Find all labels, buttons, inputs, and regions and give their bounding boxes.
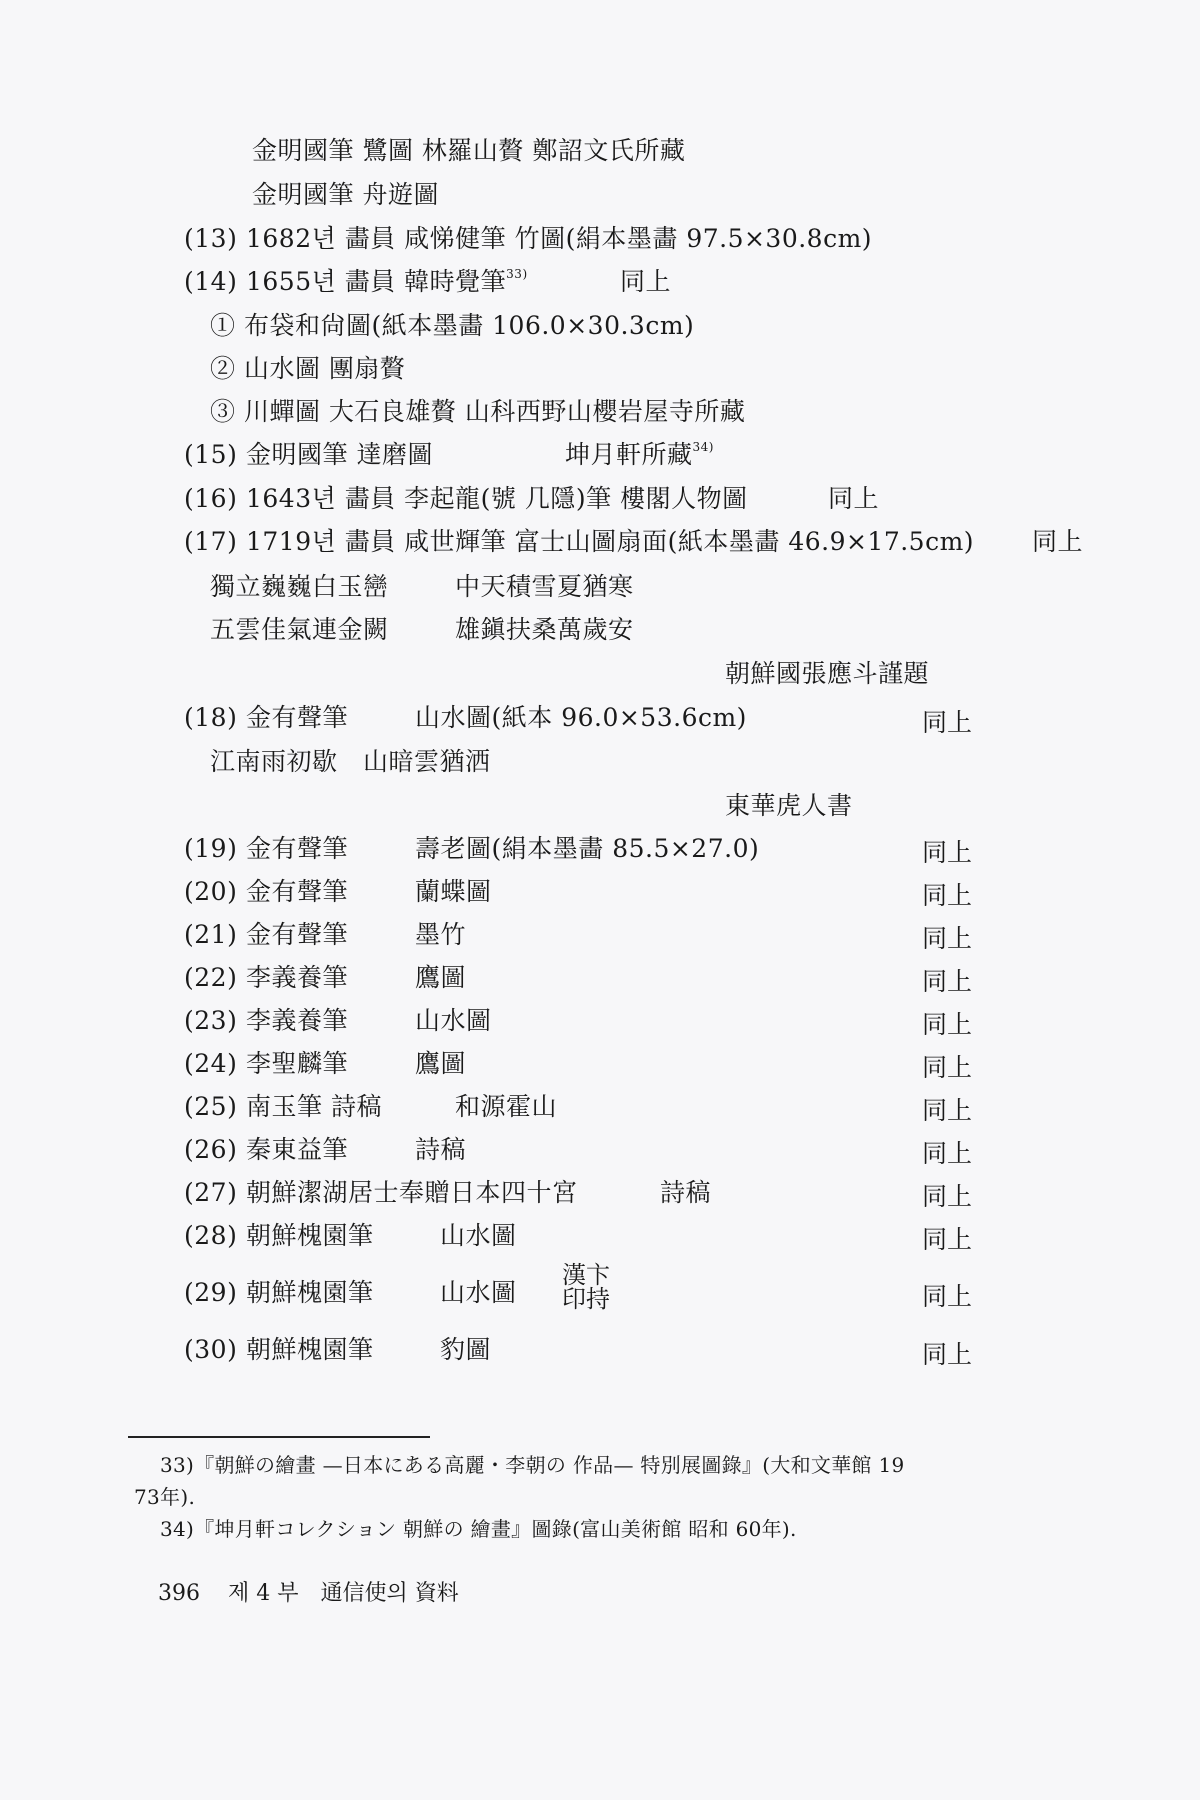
entry-number: (17) — [184, 527, 246, 557]
entry-number: (20) — [184, 877, 246, 907]
list-item-23: (23)李義養筆 — [184, 1006, 348, 1036]
intro-line: 金明國筆 舟遊圖 — [252, 180, 439, 210]
entry-number: (13) — [184, 224, 246, 254]
entry-work: 豹圖 — [440, 1335, 491, 1365]
entry-text: 1682년 畵員 咸悌健筆 竹圖(絹本墨畵 97.5×30.8cm) — [246, 224, 872, 253]
entry-18-holder: 同上 — [922, 708, 972, 738]
entry-work: 壽老圖(絹本墨畵 85.5×27.0) — [415, 834, 759, 864]
poem-signature: 東華虎人書 — [725, 791, 853, 821]
entry-work: 墨竹 — [415, 920, 466, 950]
entry-artist: 金有聲筆 — [246, 703, 348, 732]
entry-number: (14) — [184, 267, 246, 297]
entry-14-sub-3: ③ 川蟬圖 大石良雄贅 山科西野山櫻岩屋寺所藏 — [210, 397, 745, 427]
entry-work: 蘭蝶圖 — [415, 877, 492, 907]
entry-artist: 朝鮮潔湖居士奉贈日本四十宮 — [246, 1178, 578, 1207]
page-footer: 396제 4 부 通信使의 資料 — [158, 1580, 459, 1608]
entry-number: (18) — [184, 703, 246, 733]
entry-work: 山水圖 — [440, 1221, 517, 1251]
poem-line: 江南雨初歇 山暗雲猶洒 — [210, 747, 491, 777]
document-page: 金明國筆 鷺圖 林羅山贅 鄭詔文氏所藏 金明國筆 舟遊圖 (13)1682년 畵… — [0, 0, 1200, 1800]
entry-15: (15)金明國筆 達磨圖 — [184, 440, 433, 470]
entry-18-work: 山水圖(紙本 96.0×53.6cm) — [415, 703, 747, 733]
footnote-33-cont: 73年). — [134, 1484, 195, 1510]
entry-number: (30) — [184, 1335, 246, 1365]
entry-18: (18)金有聲筆 — [184, 703, 348, 733]
entry-14-sub-1: ① 布袋和尙圖(紙本墨畵 106.0×30.3cm) — [210, 311, 694, 341]
entry-14-sub-2: ② 山水圖 團扇贅 — [210, 354, 405, 384]
entry-holder: 同上 — [922, 881, 972, 911]
list-item-21: (21)金有聲筆 — [184, 920, 348, 950]
entry-artist: 朝鮮槐園筆 — [246, 1335, 374, 1364]
entry-work: 山水圖 — [415, 1006, 492, 1036]
entry-number: (28) — [184, 1221, 246, 1251]
poem-line-a: 五雲佳氣連金闕 — [210, 615, 389, 645]
entry-holder: 同上 — [922, 1182, 972, 1212]
entry-artist: 朝鮮槐園筆 — [246, 1278, 374, 1307]
holder-text: 坤月軒所藏 — [565, 440, 693, 469]
entry-artist: 李義養筆 — [246, 963, 348, 992]
entry-number: (19) — [184, 834, 246, 864]
entry-number: (29) — [184, 1278, 246, 1308]
list-item-27: (27)朝鮮潔湖居士奉贈日本四十宮 — [184, 1178, 578, 1208]
entry-holder: 同上 — [922, 1139, 972, 1169]
poem-signature: 朝鮮國張應斗謹題 — [725, 659, 929, 689]
entry-work: 鷹圖 — [415, 963, 466, 993]
entry-15-holder: 坤月軒所藏34) — [565, 440, 714, 470]
list-item-19: (19)金有聲筆 — [184, 834, 348, 864]
page-number: 396 — [158, 1580, 228, 1608]
intro-line: 金明國筆 鷺圖 林羅山贅 鄭詔文氏所藏 — [252, 136, 685, 166]
entry-17: (17)1719년 畵員 咸世輝筆 富士山圖扇面(紙本墨畵 46.9×17.5c… — [184, 527, 974, 557]
list-item-28: (28)朝鮮槐園筆 — [184, 1221, 374, 1251]
entry-number: (21) — [184, 920, 246, 950]
entry-number: (24) — [184, 1049, 246, 1079]
entry-14: (14)1655년 畵員 韓時覺筆33) — [184, 267, 528, 297]
entry-artist: 金有聲筆 — [246, 877, 348, 906]
entry-work: 和源霍山 — [455, 1092, 557, 1122]
entry-text: 1719년 畵員 咸世輝筆 富士山圖扇面(紙本墨畵 46.9×17.5cm) — [246, 527, 974, 556]
entry-artist: 金有聲筆 — [246, 834, 348, 863]
entry-holder: 同上 — [922, 1225, 972, 1255]
list-item-25: (25)南玉筆 詩稿 — [184, 1092, 382, 1122]
list-item-30: (30)朝鮮槐園筆 — [184, 1335, 374, 1365]
entry-text: 金明國筆 達磨圖 — [246, 440, 433, 469]
entry-artist: 李義養筆 — [246, 1006, 348, 1035]
list-item-20: (20)金有聲筆 — [184, 877, 348, 907]
entry-holder: 同上 — [922, 838, 972, 868]
entry-artist: 金有聲筆 — [246, 920, 348, 949]
list-item-24: (24)李聖麟筆 — [184, 1049, 348, 1079]
entry-holder: 同上 — [922, 924, 972, 954]
entry-artist: 朝鮮槐園筆 — [246, 1221, 374, 1250]
footnote-ref-33[interactable]: 33) — [506, 267, 527, 281]
entry-artist: 南玉筆 詩稿 — [246, 1092, 382, 1121]
entry-holder: 同上 — [922, 1053, 972, 1083]
footnote-divider — [128, 1436, 430, 1438]
seal-inscription-bottom: 印持 — [562, 1287, 610, 1311]
entry-text: 1643년 畵員 李起龍(號 几隱)筆 樓閣人物圖 — [246, 484, 748, 513]
footnote-33: 33)『朝鮮の繪畫 —日本にある高麗・李朝の 作品— 特別展圖錄』(大和文華館 … — [160, 1452, 905, 1478]
entry-17-holder: 同上 — [1032, 527, 1083, 557]
poem-line-b: 中天積雪夏猶寒 — [455, 572, 634, 602]
footnote-34: 34)『坤月軒コレクション 朝鮮の 繪畫』圖錄(富山美術館 昭和 60年). — [160, 1516, 797, 1542]
entry-work: 鷹圖 — [415, 1049, 466, 1079]
entry-text: 1655년 畵員 韓時覺筆 — [246, 267, 506, 296]
list-item-26: (26)秦東益筆 — [184, 1135, 348, 1165]
entry-artist: 秦東益筆 — [246, 1135, 348, 1164]
entry-holder: 同上 — [922, 1340, 972, 1370]
entry-artist: 李聖麟筆 — [246, 1049, 348, 1078]
footnote-ref-34[interactable]: 34) — [693, 440, 714, 454]
entry-work: 詩稿 — [660, 1178, 711, 1208]
list-item-22: (22)李義養筆 — [184, 963, 348, 993]
entry-number: (15) — [184, 440, 246, 470]
entry-16: (16)1643년 畵員 李起龍(號 几隱)筆 樓閣人物圖 — [184, 484, 748, 514]
entry-number: (25) — [184, 1092, 246, 1122]
entry-number: (22) — [184, 963, 246, 993]
entry-work: 詩稿 — [415, 1135, 466, 1165]
entry-holder: 同上 — [922, 967, 972, 997]
entry-holder: 同上 — [922, 1096, 972, 1126]
entry-work: 山水圖 — [440, 1278, 517, 1308]
entry-16-holder: 同上 — [828, 484, 879, 514]
seal-inscription-top: 漢卞 — [562, 1263, 610, 1287]
section-title: 제 4 부 通信使의 資料 — [228, 1581, 459, 1606]
entry-holder: 同上 — [922, 1010, 972, 1040]
entry-number: (16) — [184, 484, 246, 514]
poem-line-a: 獨立巍巍白玉巒 — [210, 572, 389, 602]
entry-14-holder: 同上 — [620, 267, 671, 297]
entry-number: (27) — [184, 1178, 246, 1208]
poem-line-b: 雄鎭扶桑萬歲安 — [455, 615, 634, 645]
entry-number: (23) — [184, 1006, 246, 1036]
entry-number: (26) — [184, 1135, 246, 1165]
list-item-29: (29)朝鮮槐園筆 — [184, 1278, 374, 1308]
entry-holder: 同上 — [922, 1282, 972, 1312]
entry-13: (13)1682년 畵員 咸悌健筆 竹圖(絹本墨畵 97.5×30.8cm) — [184, 224, 872, 254]
